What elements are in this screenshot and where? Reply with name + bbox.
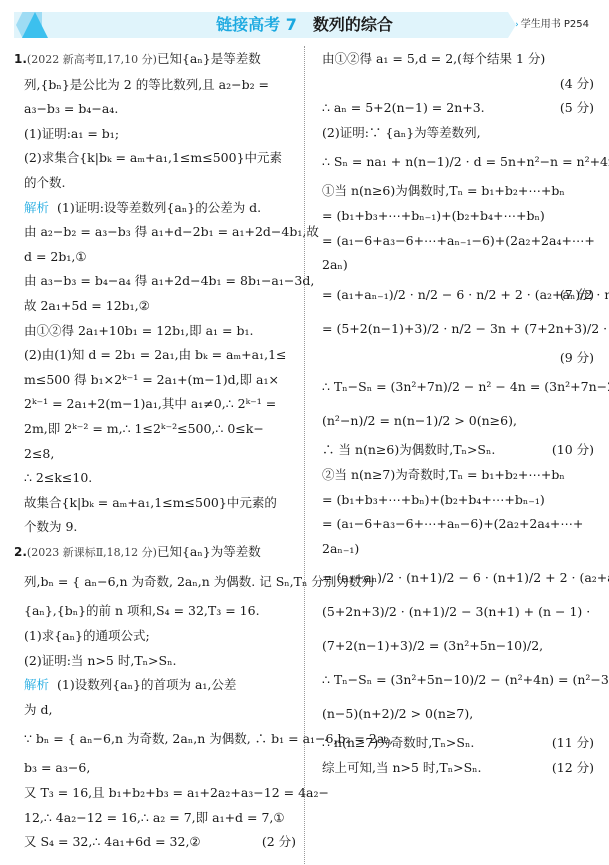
solution-text: ∴ 当 n(n≥6)为偶数时,Tₙ>Sₙ. bbox=[322, 442, 495, 457]
solution-line: 2m,即 2ᵏ⁻² = m,∴ 1≤2ᵏ⁻²≤500,∴ 0≤k− bbox=[14, 417, 296, 442]
title-section-number: 链接高考 7 bbox=[216, 15, 297, 34]
question-text: {aₙ},{bₙ}的前 n 项和,S₄ = 32,T₃ = 16. bbox=[14, 599, 296, 624]
solution-text: (7+2(n−1)+3)/2 = (3n²+5n−10)/2, bbox=[322, 638, 543, 653]
solution-line: (n−5)(n+2)/2 > 0(n≥7), bbox=[322, 697, 594, 731]
solution-line: d = 2b₁,① bbox=[14, 245, 296, 270]
solution-line: 2≤8, bbox=[14, 442, 296, 467]
solution-text: (n−5)(n+2)/2 > 0(n≥7), bbox=[322, 706, 473, 721]
solution-text: ①当 n(n≥6)为偶数时,Tₙ = b₁+b₂+⋯+bₙ bbox=[322, 183, 565, 198]
solution-line: ①当 n(n≥6)为偶数时,Tₙ = b₁+b₂+⋯+bₙ bbox=[322, 179, 594, 204]
solution-line: (5+2n+3)/2 · (n+1)/2 − 3(n+1) + (n − 1) … bbox=[322, 595, 594, 629]
solution-line: 综上可知,当 n>5 时,Tₙ>Sₙ.(12 分) bbox=[322, 756, 594, 781]
question-text: (2)证明:当 n>5 时,Tₙ>Sₙ. bbox=[14, 649, 296, 674]
solution-label: 解析 bbox=[24, 200, 49, 215]
score-marker: (2 分) bbox=[262, 830, 296, 855]
solution-line: 由①②得 a₁ = 5,d = 2,(每个结果 1 分) bbox=[322, 47, 594, 72]
question-text: a₃−b₃ = b₄−a₄. bbox=[14, 97, 296, 122]
solution-text: = (b₁+b₃+⋯+bₙ₋₁)+(b₂+b₄+⋯+bₙ) bbox=[322, 208, 545, 223]
solution-line: 为 d, bbox=[14, 698, 296, 723]
question-source: (2022 新高考Ⅱ,17,10 分) bbox=[27, 53, 157, 66]
solution-text: (5+2n+3)/2 · (n+1)/2 − 3(n+1) + (n − 1) … bbox=[322, 604, 590, 619]
solution-line: 故 2a₁+5d = 12b₁,② bbox=[14, 294, 296, 319]
right-column: 由①②得 a₁ = 5,d = 2,(每个结果 1 分) (4 分) ∴ aₙ … bbox=[322, 47, 594, 781]
solution-text: ∴ Tₙ−Sₙ = (3n²+5n−10)/2 − (n²+4n) = (n²−… bbox=[322, 672, 609, 687]
question-text: (1)求{aₙ}的通项公式; bbox=[14, 624, 296, 649]
solution-line: b₃ = a₃−6, bbox=[14, 756, 296, 781]
question-text: 列,{bₙ}是公比为 2 的等比数列,且 a₂−b₂ = bbox=[14, 73, 296, 98]
question-number: 1. bbox=[14, 52, 27, 66]
solution-text: = (a₁−6+a₃−6+⋯+aₙ−6)+(2a₂+2a₄+⋯+ bbox=[322, 516, 583, 531]
solution-text: 综上可知,当 n>5 时,Tₙ>Sₙ. bbox=[322, 760, 482, 775]
question-text: 已知{aₙ}为等差数 bbox=[157, 544, 261, 559]
solution-text: ∴ Tₙ−Sₙ = (3n²+7n)/2 − n² − 4n = (3n²+7n… bbox=[322, 379, 609, 394]
solution-line: (2)证明:∵ {aₙ}为等差数列, bbox=[322, 121, 594, 146]
solution-text: ∴ aₙ = 5+2(n−1) = 2n+3. bbox=[322, 100, 485, 115]
solution-text: 2aₙ) bbox=[322, 257, 348, 272]
solution-line: 2aₙ₋₁) bbox=[322, 537, 594, 562]
solution-line: ∴ Sₙ = na₁ + n(n−1)/2 · d = 5n+n²−n = n²… bbox=[322, 145, 594, 179]
solution-line: m≤500 得 b₁×2ᵏ⁻¹ = 2a₁+(m−1)d,即 a₁× bbox=[14, 368, 296, 393]
solution-line: 又 T₃ = 16,且 b₁+b₂+b₃ = a₁+2a₂+a₃−12 = 4a… bbox=[14, 781, 296, 806]
solution-line: 12,∴ 4a₂−12 = 16,∴ a₂ = 7,即 a₁+d = 7,① bbox=[14, 806, 296, 831]
solution-line: ∴ n(n≥7)为奇数时,Tₙ>Sₙ.(11 分) bbox=[322, 731, 594, 756]
solution-line: 解析(1)证明:设等差数列{aₙ}的公差为 d. bbox=[14, 196, 296, 221]
solution-line: (7+2(n−1)+3)/2 = (3n²+5n−10)/2, bbox=[322, 629, 594, 663]
solution-line: = (5+2(n−1)+3)/2 · n/2 − 3n + (7+2n+3)/2… bbox=[322, 312, 594, 346]
solution-line: ∴ 当 n(n≥6)为偶数时,Tₙ>Sₙ.(10 分) bbox=[322, 438, 594, 463]
score-marker: (9 分) bbox=[560, 346, 594, 371]
question-text: 列,bₙ = { aₙ−6,n 为奇数, 2aₙ,n 为偶数. 记 Sₙ,Tₙ … bbox=[14, 565, 296, 599]
question-text: (1)证明:a₁ = b₁; bbox=[14, 122, 296, 147]
solution-line: 由 a₂−b₂ = a₃−b₃ 得 a₁+d−2b₁ = a₁+2d−4b₁,故 bbox=[14, 220, 296, 245]
score-marker: (4 分) bbox=[560, 72, 594, 97]
solution-line: = (a₁−6+a₃−6+⋯+aₙ−6)+(2a₂+2a₄+⋯+ bbox=[322, 512, 594, 537]
question-text: 已知{aₙ}是等差数 bbox=[157, 51, 261, 66]
solution-line: 由 a₃−b₃ = b₄−a₄ 得 a₁+2d−4b₁ = 8b₁−a₁−3d, bbox=[14, 269, 296, 294]
solution-text: = (5+2(n−1)+3)/2 · n/2 − 3n + (7+2n+3)/2… bbox=[322, 321, 609, 336]
solution-line: (4 分) bbox=[322, 72, 594, 97]
solution-line: ∴ aₙ = 5+2(n−1) = 2n+3.(5 分) bbox=[322, 96, 594, 121]
score-marker: (5 分) bbox=[560, 96, 594, 121]
solution-line: 2aₙ) bbox=[322, 253, 594, 278]
question-2-header: 2.(2023 新课标Ⅱ,18,12 分)已知{aₙ}为等差数 bbox=[14, 540, 296, 566]
question-1-header: 1.(2022 新高考Ⅱ,17,10 分)已知{aₙ}是等差数 bbox=[14, 47, 296, 73]
question-text: 的个数. bbox=[14, 171, 296, 196]
solution-line: = (b₁+b₃+⋯+bₙ₋₁)+(b₂+b₄+⋯+bₙ) bbox=[322, 204, 594, 229]
solution-line: = (a₁+aₙ₋₁)/2 · n/2 − 6 · n/2 + 2 · (a₂+… bbox=[322, 278, 594, 312]
solution-text: (1)设数列{aₙ}的首项为 a₁,公差 bbox=[57, 677, 236, 692]
solution-line: = (a₁−6+a₃−6+⋯+aₙ₋₁−6)+(2a₂+2a₄+⋯+ bbox=[322, 229, 594, 254]
solution-text: = (a₁−6+a₃−6+⋯+aₙ₋₁−6)+(2a₂+2a₄+⋯+ bbox=[322, 233, 595, 248]
solution-line: (n²−n)/2 = n(n−1)/2 > 0(n≥6), bbox=[322, 404, 594, 438]
solution-line: ∴ 2≤k≤10. bbox=[14, 466, 296, 491]
score-marker: (7 分) bbox=[560, 278, 594, 312]
solution-line: 故集合{k|bₖ = aₘ+a₁,1≤m≤500}中元素的 bbox=[14, 491, 296, 516]
title-topic: 数列的综合 bbox=[313, 15, 393, 34]
solution-line: ②当 n(n≥7)为奇数时,Tₙ = b₁+b₂+⋯+bₙ bbox=[322, 463, 594, 488]
solution-line: = (a₁+aₙ)/2 · (n+1)/2 − 6 · (n+1)/2 + 2 … bbox=[322, 561, 594, 595]
solution-text: ∴ n(n≥7)为奇数时,Tₙ>Sₙ. bbox=[322, 735, 474, 750]
student-book-reference: ›学生用书 P254 bbox=[515, 17, 589, 33]
question-text: (2)求集合{k|bₖ = aₘ+a₁,1≤m≤500}中元素 bbox=[14, 146, 296, 171]
solution-text: 2aₙ₋₁) bbox=[322, 541, 359, 556]
solution-text: 由①②得 a₁ = 5,d = 2,(每个结果 1 分) bbox=[322, 51, 545, 66]
solution-text: = (b₁+b₃+⋯+bₙ)+(b₂+b₄+⋯+bₙ₋₁) bbox=[322, 492, 545, 507]
question-number: 2. bbox=[14, 545, 27, 559]
solution-text: (2)证明:∵ {aₙ}为等差数列, bbox=[322, 125, 481, 140]
solution-line: 又 S₄ = 32,∴ 4a₁+6d = 32,② (2 分) bbox=[14, 830, 296, 855]
solution-line: 2ᵏ⁻¹ = 2a₁+2(m−1)a₁,其中 a₁≠0,∴ 2ᵏ⁻¹ = bbox=[14, 392, 296, 417]
solution-label: 解析 bbox=[24, 677, 49, 692]
solution-text: = (a₁+aₙ)/2 · (n+1)/2 − 6 · (n+1)/2 + 2 … bbox=[322, 570, 609, 585]
chevron-right-icon: › bbox=[515, 20, 519, 30]
solution-line: = (b₁+b₃+⋯+bₙ)+(b₂+b₄+⋯+bₙ₋₁) bbox=[322, 488, 594, 513]
reference-label: 学生用书 P254 bbox=[521, 19, 589, 30]
solution-line: (9 分) bbox=[322, 346, 594, 371]
solution-line: ∴ Tₙ−Sₙ = (3n²+7n)/2 − n² − 4n = (3n²+7n… bbox=[322, 370, 594, 404]
score-marker: (12 分) bbox=[552, 756, 594, 781]
solution-line: (2)由(1)知 d = 2b₁ = 2a₁,由 bₖ = aₘ+a₁,1≤ bbox=[14, 343, 296, 368]
solution-line: 解析(1)设数列{aₙ}的首项为 a₁,公差 bbox=[14, 673, 296, 698]
solution-line: 个数为 9. bbox=[14, 515, 296, 540]
solution-text: ②当 n(n≥7)为奇数时,Tₙ = b₁+b₂+⋯+bₙ bbox=[322, 467, 565, 482]
solution-line: ∵ bₙ = { aₙ−6,n 为奇数, 2aₙ,n 为偶数, ∴ b₁ = a… bbox=[14, 722, 296, 756]
solution-line: ∴ Tₙ−Sₙ = (3n²+5n−10)/2 − (n²+4n) = (n²−… bbox=[322, 663, 594, 697]
solution-line: 由①②得 2a₁+10b₁ = 12b₁,即 a₁ = b₁. bbox=[14, 319, 296, 344]
solution-text: (1)证明:设等差数列{aₙ}的公差为 d. bbox=[57, 200, 261, 215]
score-marker: (11 分) bbox=[552, 731, 594, 756]
solution-text: 又 S₄ = 32,∴ 4a₁+6d = 32,② bbox=[24, 834, 201, 849]
question-source: (2023 新课标Ⅱ,18,12 分) bbox=[27, 546, 157, 559]
solution-text: (n²−n)/2 = n(n−1)/2 > 0(n≥6), bbox=[322, 413, 517, 428]
score-marker: (10 分) bbox=[552, 438, 594, 463]
solution-text: ∴ Sₙ = na₁ + n(n−1)/2 · d = 5n+n²−n = n²… bbox=[322, 154, 609, 169]
left-column: 1.(2022 新高考Ⅱ,17,10 分)已知{aₙ}是等差数 列,{bₙ}是公… bbox=[14, 47, 296, 855]
